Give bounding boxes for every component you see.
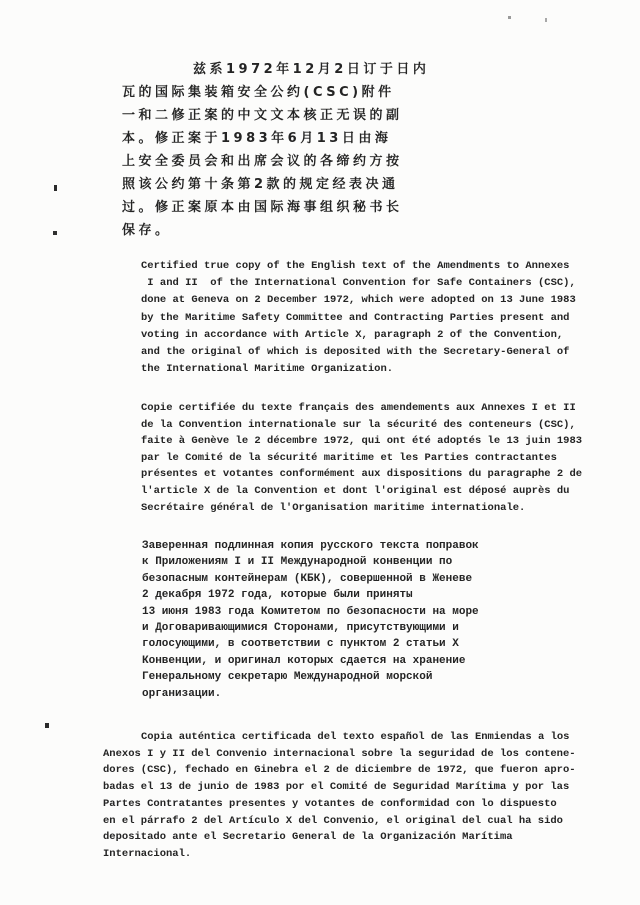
text-line: voting in accordance with Article X, par… bbox=[141, 327, 576, 344]
text-line: 照该公约第十条第2款的规定经表决通 bbox=[122, 173, 429, 196]
text-line: faite à Genève le 2 décembre 1972, qui o… bbox=[141, 433, 582, 450]
text-line: Secrétaire général de l'Organisation mar… bbox=[141, 500, 582, 517]
text-line: depositado ante el Secretario General de… bbox=[103, 829, 576, 846]
chinese-certification-paragraph: 兹系1972年12月2日订于日内瓦的国际集装箱安全公约(CSC)附件一和二修正案… bbox=[122, 58, 429, 242]
text-line: Partes Contratantes presentes y votantes… bbox=[103, 796, 576, 813]
text-line: Copia auténtica certificada del texto es… bbox=[103, 729, 576, 746]
text-line: 一和二修正案的中文文本核正无误的副 bbox=[122, 104, 429, 127]
scan-speck bbox=[53, 231, 57, 235]
text-line: Конвенции, и оригинал которых сдается на… bbox=[142, 653, 479, 669]
text-line: by the Maritime Safety Committee and Con… bbox=[141, 310, 576, 327]
text-line: организации. bbox=[142, 686, 479, 702]
text-line: badas el 13 de junio de 1983 por el Comi… bbox=[103, 779, 576, 796]
text-line: en el párrafo 2 del Artículo X del Conve… bbox=[103, 813, 576, 830]
text-line: 过。修正案原本由国际海事组织秘书长 bbox=[122, 196, 429, 219]
scan-speck bbox=[45, 723, 49, 728]
text-line: dores (CSC), fechado en Ginebra el 2 de … bbox=[103, 762, 576, 779]
text-line: Anexos I y II del Convenio internacional… bbox=[103, 746, 576, 763]
text-line: безопасным контейнерам (КБК), совершенно… bbox=[142, 571, 479, 587]
french-certification-paragraph: Copie certifiée du texte français des am… bbox=[141, 400, 582, 516]
text-line: the International Maritime Organization. bbox=[141, 361, 576, 378]
text-line: présentes et votantes conformément aux d… bbox=[141, 466, 582, 483]
text-line: 瓦的国际集装箱安全公约(CSC)附件 bbox=[122, 81, 429, 104]
scan-speck bbox=[545, 18, 547, 22]
text-line: к Приложениям I и II Международной конве… bbox=[142, 554, 479, 570]
text-line: голосующими, в соответствии с пунктом 2 … bbox=[142, 636, 479, 652]
text-line: I and II of the International Convention… bbox=[141, 275, 576, 292]
text-line: Генеральному секретарю Международной мор… bbox=[142, 669, 479, 685]
text-line: 保存。 bbox=[122, 219, 429, 242]
text-line: 上安全委员会和出席会议的各缔约方按 bbox=[122, 150, 429, 173]
text-line: Certified true copy of the English text … bbox=[141, 258, 576, 275]
text-line: 本。修正案于1983年6月13日由海 bbox=[122, 127, 429, 150]
text-line: Заверенная подлинная копия русского текс… bbox=[142, 538, 479, 554]
text-line: Copie certifiée du texte français des am… bbox=[141, 400, 582, 417]
english-certification-paragraph: Certified true copy of the English text … bbox=[141, 258, 576, 378]
text-line: de la Convention internationale sur la s… bbox=[141, 417, 582, 434]
text-line: 兹系1972年12月2日订于日内 bbox=[122, 58, 429, 81]
text-line: done at Geneva on 2 December 1972, which… bbox=[141, 292, 576, 309]
text-line: l'article X de la Convention et dont l'o… bbox=[141, 483, 582, 500]
russian-certification-paragraph: Заверенная подлинная копия русского текс… bbox=[142, 538, 479, 702]
text-line: Internacional. bbox=[103, 846, 576, 863]
scan-speck bbox=[508, 16, 511, 19]
scan-speck bbox=[54, 185, 57, 191]
text-line: и Договаривающимися Сторонами, присутств… bbox=[142, 620, 479, 636]
text-line: and the original of which is deposited w… bbox=[141, 344, 576, 361]
scanned-document-page: 兹系1972年12月2日订于日内瓦的国际集装箱安全公约(CSC)附件一和二修正案… bbox=[0, 0, 640, 905]
spanish-certification-paragraph: Copia auténtica certificada del texto es… bbox=[103, 729, 576, 863]
text-line: 13 июня 1983 года Комитетом по безопасно… bbox=[142, 604, 479, 620]
text-line: par le Comité de la sécurité maritime et… bbox=[141, 450, 582, 467]
text-line: 2 декабря 1972 года, которые были принят… bbox=[142, 587, 479, 603]
